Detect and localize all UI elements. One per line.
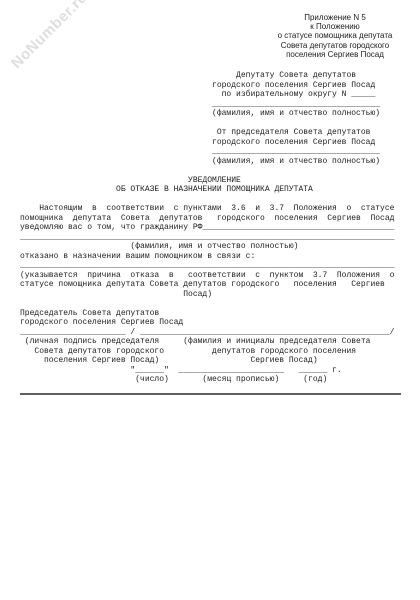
document-line: Председатель Совета депутатов [20,309,410,319]
document-line: От председателя Совета депутатов [20,128,410,138]
document-line: УВЕДОМЛЕНИЕ [20,176,410,186]
document-line: (личная подпись председателя (фамилия и … [20,337,410,347]
document-line: (фамилия, имя и отчество полностью) [20,242,410,252]
bottom-divider [20,393,401,395]
document-line: ________________________________________… [20,233,410,243]
appendix-header-line: поселения Сергиев Посад [250,50,420,59]
document-line: "______" ______________________ ______ г… [20,366,410,376]
document-line: ________________________________________… [20,261,410,271]
document-line: городского поселения Сергиев Посад [20,81,410,91]
document-line: помощника депутата Совета депутатов горо… [20,214,410,224]
document-line: уведомляю вас о том, что гражданину РФ__… [20,223,410,233]
document-line: ___________________________________ [20,100,410,110]
document-line [20,166,410,176]
document-line: городского поселения Сергиев Посад [20,138,410,148]
document-line: Совета депутатов городского депутатов го… [20,347,410,357]
document-line: Депутату Совета депутатов [20,71,410,81]
appendix-header-line: к Положению [250,22,420,31]
appendix-header-line: о статусе помощника депутата [250,31,420,40]
document-line [20,299,410,309]
document-line: Посад) [20,290,410,300]
document-line: ______________________ / _______________… [20,328,410,338]
appendix-header-line: Приложение N 5 [250,13,420,22]
document-line: (фамилия, имя и отчество полностью) [20,157,410,167]
appendix-header: Приложение N 5к Положениюо статусе помощ… [250,13,420,59]
document-body: Депутату Совета депутатов городского пос… [20,71,410,385]
document-line: Настоящим в соответствии с пунктами 3.6 … [20,204,410,214]
document-line: статусе помощника депутата Совета депута… [20,280,410,290]
document-line: (указывается причина отказа в соответств… [20,271,410,281]
document-page: NoNumber.ru Приложение N 5к Положениюо с… [0,0,420,600]
document-line: городского поселения Сергиев Посад [20,318,410,328]
document-line: отказано в назначении вашим помощником в… [20,252,410,262]
document-line [20,195,410,205]
document-line [20,119,410,129]
document-line: (число) (месяц прописью) (год) [20,375,410,385]
appendix-header-line: Совета депутатов городского [250,41,420,50]
watermark: NoNumber.ru [8,0,91,72]
document-line: ОБ ОТКАЗЕ В НАЗНАЧЕНИИ ПОМОЩНИКА ДЕПУТАТ… [20,185,410,195]
document-line: ___________________________________ [20,147,410,157]
document-line: по избирательному округу N _____ [20,90,410,100]
document-line: (фамилия, имя и отчество полностью) [20,109,410,119]
document-line: поселения Сергиев Посад) Сергиев Посад) [20,356,410,366]
